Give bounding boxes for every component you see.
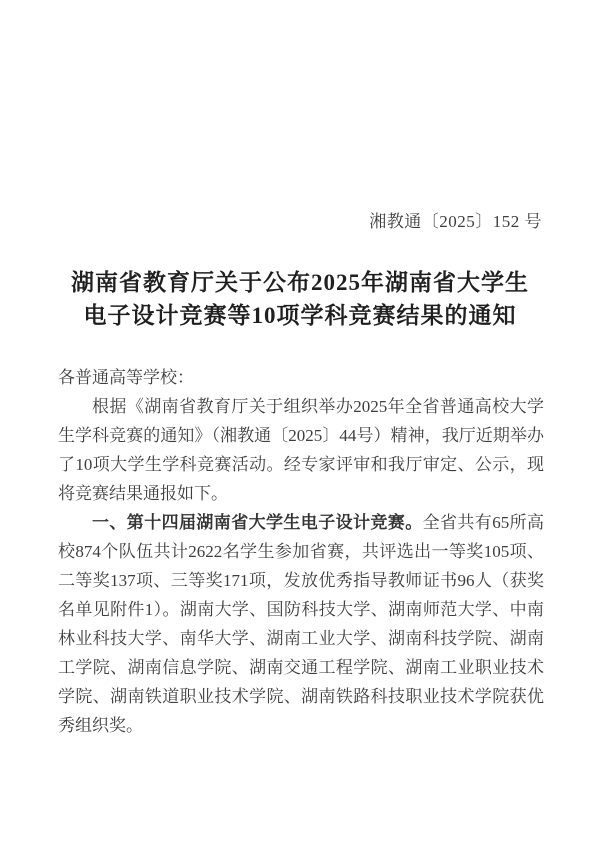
paragraph-basis: 根据《湖南省教育厅关于组织举办2025年全省普通高校大学生学科竞赛的通知》（湘教… <box>58 392 544 508</box>
title-line-1: 湖南省教育厅关于公布2025年湖南省大学生 <box>38 266 562 299</box>
item-1-heading: 一、第十四届湖南省大学生电子设计竞赛。 <box>92 513 423 532</box>
paragraph-item-1: 一、第十四届湖南省大学生电子设计竞赛。全省共有65所高校874个队伍共计2622… <box>58 508 544 740</box>
document-title: 湖南省教育厅关于公布2025年湖南省大学生 电子设计竞赛等10项学科竞赛结果的通… <box>38 266 562 332</box>
doc-number: 湘教通〔2025〕152 号 <box>0 0 600 233</box>
salutation: 各普通高等学校： <box>58 363 544 392</box>
title-line-2: 电子设计竞赛等10项学科竞赛结果的通知 <box>38 299 562 332</box>
item-1-body: 全省共有65所高校874个队伍共计2622名学生参加省赛，共评选出一等奖105项… <box>58 513 544 735</box>
document-page: 湘教通〔2025〕152 号 湖南省教育厅关于公布2025年湖南省大学生 电子设… <box>0 0 600 848</box>
document-body: 各普通高等学校： 根据《湖南省教育厅关于组织举办2025年全省普通高校大学生学科… <box>0 363 600 740</box>
